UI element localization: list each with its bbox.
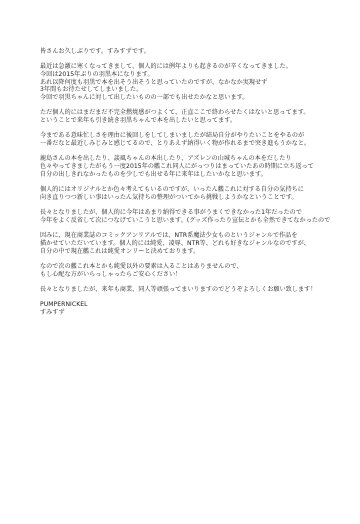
- paragraph-this-year: 長々となりましたが、個人的に今年はあまり納得できる事がうまくできなかった1年だっ…: [40, 209, 340, 224]
- text-line: 自分の中で現在艦これは純愛オンリーと決めております。: [40, 248, 340, 256]
- text-line: 最近は急激に寒くなってきまして、個人的には例年よりも起きるのが辛くなってきました…: [40, 63, 340, 71]
- text-line: 3年間もお待たせしてしまいました。: [40, 86, 340, 94]
- text-line: 一番だなと最近しみじみと感じてるので、とりあえず納得いく物が作れるまで突き進もう…: [40, 140, 340, 148]
- text-line: もし心配な方がいらっしゃったらご安心ください！: [40, 271, 340, 279]
- signature: PUMPERNICKEL すみすず: [40, 301, 340, 316]
- text-line: ただ個人的にはまだまだ不完全燃焼感がつよくて、正直ここで終わらせたくはないと思っ…: [40, 109, 340, 117]
- text-line: 個人的にはオリジナルとか色々考えてもいるのですが、いったん艦これに対する自分の気…: [40, 186, 340, 194]
- text-line: 描かせていただいています。個人的には純愛、凌辱、NTR等、どれも好きなジャンルな…: [40, 240, 340, 248]
- paragraph-next-year: ただ個人的にはまだまだ不完全燃焼感がつよくて、正直ここで終わらせたくはないと思っ…: [40, 109, 340, 124]
- paragraph-intro: 最近は急激に寒くなってきまして、個人的には例年よりも起きるのが辛くなってきました…: [40, 63, 340, 102]
- author-name: すみすず: [40, 309, 340, 317]
- text-line: 向き直りつつ新しい事はいったん気持ちの整理がついてから挑戦しようかなということで…: [40, 194, 340, 202]
- text-line: 皆さんお久しぶりです。すみすずです。: [40, 48, 340, 56]
- text-line: 鹿島さんの本を出したり、談風ちゃんの本出したり、アズレンの山城ちゃんの本をだした…: [40, 155, 340, 163]
- text-line: 長々となりましたが、来年も商業、同人等頑張ってまいりますのでどうぞよろしくお願い…: [40, 286, 340, 294]
- text-line: 因みに、現在商業誌のコミックアンリアルでは、NTR系魔法少女ものというジャンルで…: [40, 232, 340, 240]
- text-line: なので次の艦これ本とかも純愛以外の要素は入ることはありませんので、: [40, 263, 340, 271]
- paragraph-greeting: 皆さんお久しぶりです。すみすずです。: [40, 48, 340, 56]
- paragraph-original: 個人的にはオリジナルとか色々考えてもいるのですが、いったん艦これに対する自分の気…: [40, 186, 340, 201]
- paragraph-reassurance: なので次の艦これ本とかも純愛以外の要素は入ることはありませんので、 もし心配な方…: [40, 263, 340, 278]
- paragraph-reflection: 今まである意味忙しさを理由に後回しをしてしまいましたが結局自分がやりたいことをや…: [40, 132, 340, 147]
- text-line: ということで来年も引き続き羽黒ちゃんで本を出したいと思ってます。: [40, 117, 340, 125]
- circle-name: PUMPERNICKEL: [40, 301, 340, 309]
- text-line: 今まである意味忙しさを理由に後回しをしてしまいましたが結局自分がやりたいことをや…: [40, 132, 340, 140]
- text-line: 今回は2015年ぶりの羽黒本になります。: [40, 71, 340, 79]
- paragraph-past-works: 鹿島さんの本を出したり、談風ちゃんの本出したり、アズレンの山城ちゃんの本をだした…: [40, 155, 340, 178]
- paragraph-commercial: 因みに、現在商業誌のコミックアンリアルでは、NTR系魔法少女ものというジャンルで…: [40, 232, 340, 255]
- text-line: 今年をよく反省して次につなげていこうと思います。(グッズ作ったり宣伝とかも全然で…: [40, 217, 340, 225]
- text-line: 色々やってきましたがもう一度2015年の艦これ同人にがっつりはまっていたあの時期…: [40, 163, 340, 171]
- text-line: 長々となりましたが、個人的に今年はあまり納得できる事がうまくできなかった1年だっ…: [40, 209, 340, 217]
- text-line: 今回で羽黒ちゃんに対して出したいものの一部でも出せたかなと思います。: [40, 94, 340, 102]
- afterword-document: 皆さんお久しぶりです。すみすずです。 最近は急激に寒くなってきまして、個人的には…: [40, 48, 340, 324]
- paragraph-closing: 長々となりましたが、来年も商業、同人等頑張ってまいりますのでどうぞよろしくお願い…: [40, 286, 340, 294]
- text-line: 自分の出しきれなかったものを少しでも出せる年に来年はしたいかなと思います。: [40, 171, 340, 179]
